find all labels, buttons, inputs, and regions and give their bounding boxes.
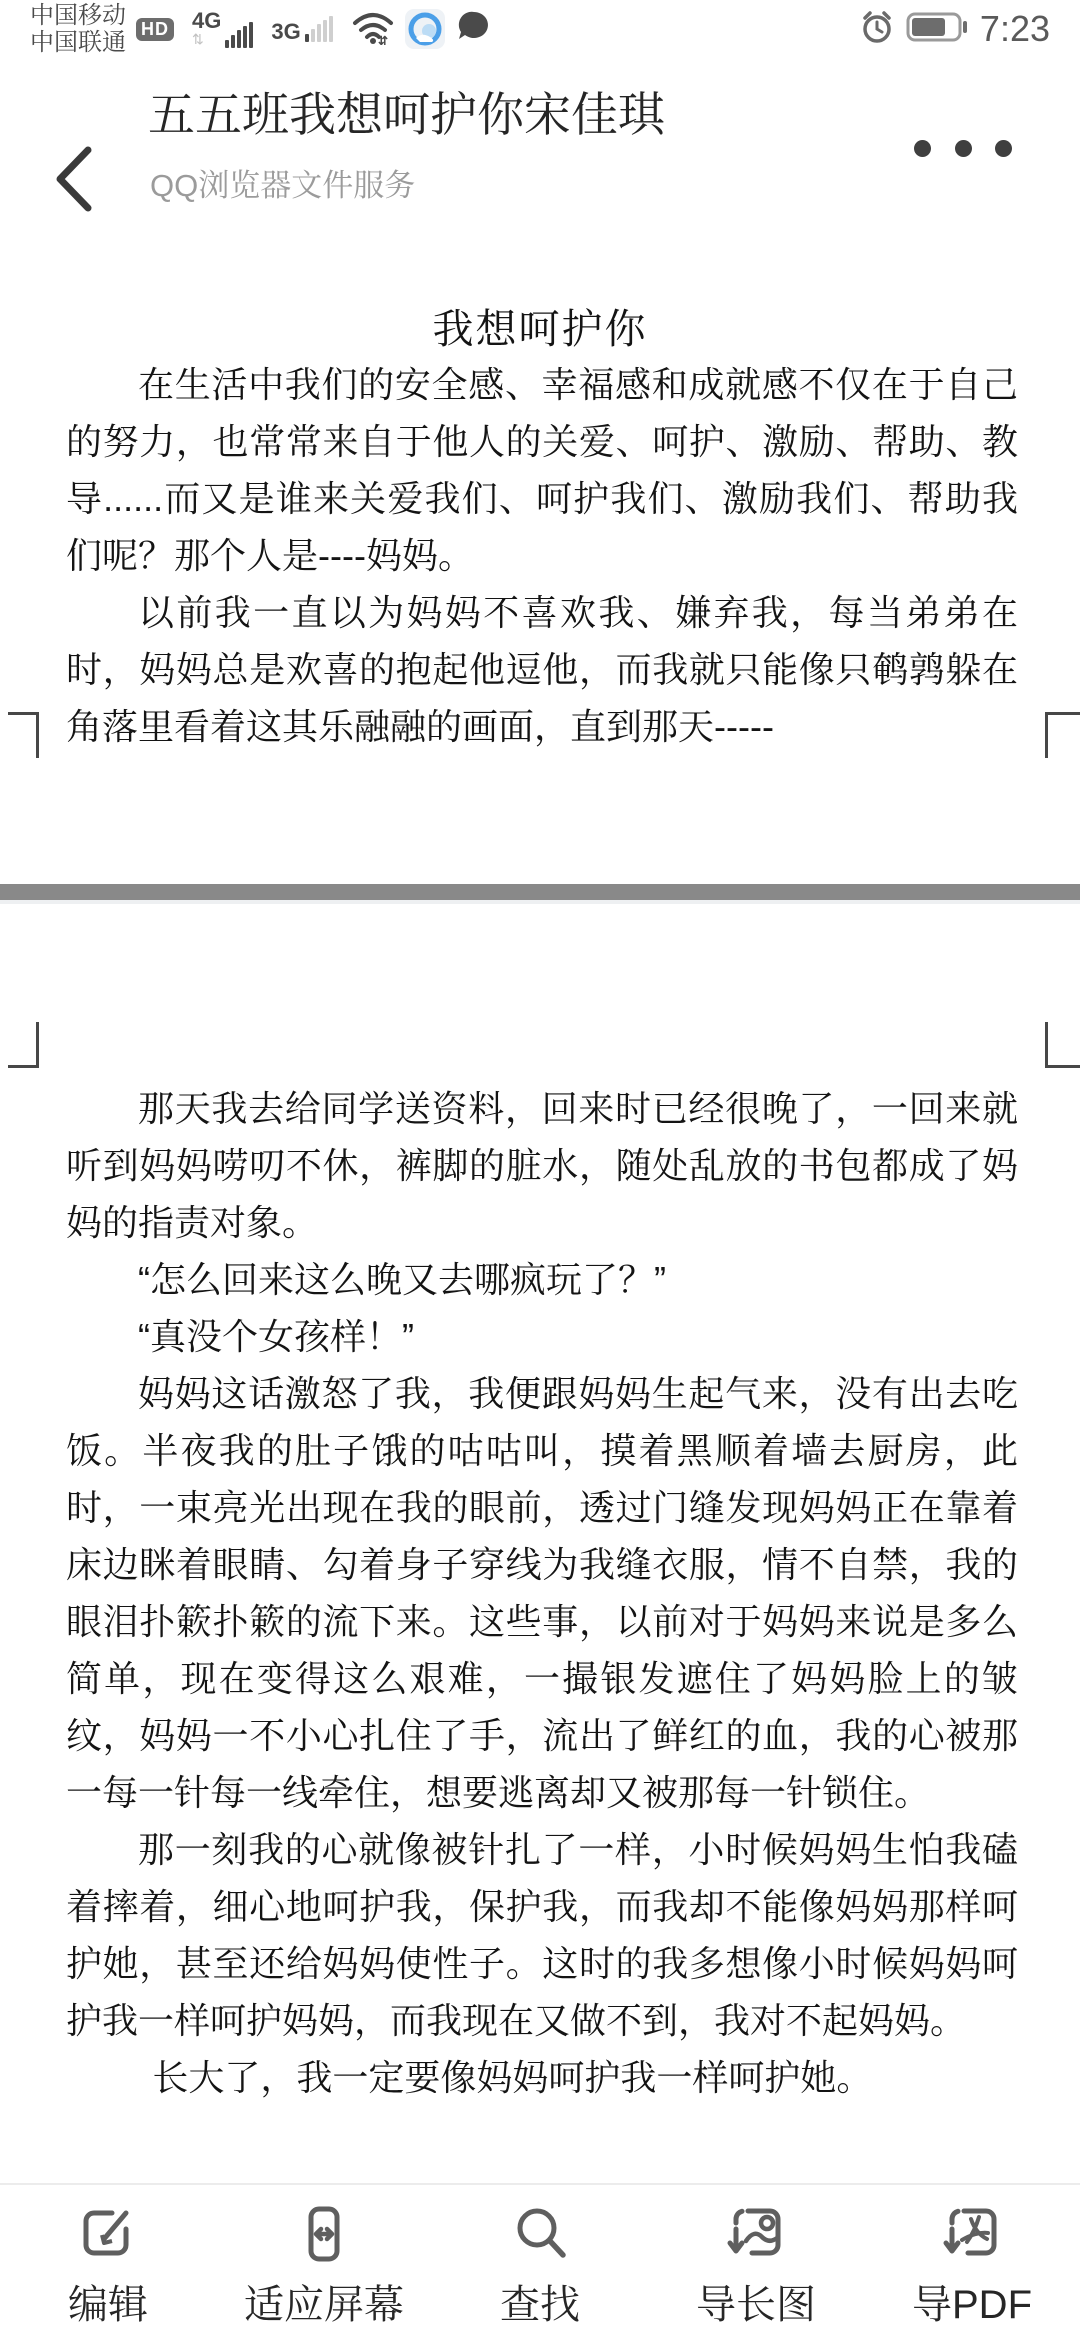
carrier-2: 中国联通 (30, 29, 126, 56)
carrier-names: 中国移动 中国联通 (30, 2, 126, 56)
hd-badge: HD (136, 18, 174, 41)
fit-screen-label: 适应屏幕 (244, 2273, 404, 2330)
more-menu-button[interactable] (908, 118, 1018, 178)
page-break-separator (0, 884, 1080, 900)
page1-corner-right-icon (1045, 712, 1080, 758)
export-pdf-label: 导PDF (912, 2273, 1032, 2330)
dot-icon (995, 140, 1012, 157)
file-title: 五五班我想呵护你宋佳琪 (148, 78, 908, 145)
file-source: QQ浏览器文件服务 (150, 160, 415, 205)
export-pdf-icon (938, 2199, 1006, 2267)
document-viewer[interactable]: 我想呵护你 在生活中我们的安全感、幸福感和成就感不仅在于自己的努力，也常常来自于… (0, 234, 1080, 2183)
signal-bars-4g-icon (225, 22, 253, 48)
svg-text:⇵: ⇵ (378, 34, 388, 45)
paragraph: 长大了，我一定要像妈妈呵护我一样呵护她。 (66, 2049, 1018, 2106)
signal-4g: 4G ⇅ (192, 11, 253, 48)
signal-bars-3g-icon (305, 16, 333, 42)
paragraph: 在生活中我们的安全感、幸福感和成就感不仅在于自己的努力，也常常来自于他人的关爱、… (66, 356, 1018, 584)
status-bar: 中国移动 中国联通 HD 4G ⇅ 3G (0, 0, 1080, 58)
network-type-2: 3G (271, 22, 300, 42)
bottom-toolbar: 编辑 适应屏幕 查找 (0, 2183, 1080, 2340)
export-long-image-label: 导长图 (696, 2273, 816, 2330)
signal-3g: 3G (271, 16, 332, 42)
export-long-image-button[interactable]: 导长图 (648, 2185, 864, 2340)
paragraph: “真没个女孩样！” (66, 1308, 1018, 1365)
dot-icon (914, 140, 931, 157)
edit-icon (74, 2199, 142, 2267)
phone-screen: 中国移动 中国联通 HD 4G ⇅ 3G (0, 0, 1080, 2340)
find-button[interactable]: 查找 (432, 2185, 648, 2340)
dot-icon (955, 140, 972, 157)
fit-screen-icon (290, 2199, 358, 2267)
page1-corner-left-icon (8, 712, 39, 758)
paragraph: 那一刻我的心就像被针扎了一样，小时候妈妈生怕我磕着摔着，细心地呵护我，保护我，而… (66, 1821, 1018, 2049)
export-pdf-button[interactable]: 导PDF (864, 2185, 1080, 2340)
back-button[interactable] (48, 144, 100, 214)
title-bar: 五五班我想呵护你宋佳琪 QQ浏览器文件服务 (0, 58, 1080, 232)
fit-screen-button[interactable]: 适应屏幕 (216, 2185, 432, 2340)
edit-button[interactable]: 编辑 (0, 2185, 216, 2340)
paragraph: 以前我一直以为妈妈不喜欢我、嫌弃我，每当弟弟在时，妈妈总是欢喜的抱起他逗他，而我… (66, 584, 1018, 755)
page2-corner-left-icon (8, 1022, 39, 1068)
search-icon (506, 2199, 574, 2267)
essay-title: 我想呵护你 (0, 296, 1080, 355)
page-1-text: 在生活中我们的安全感、幸福感和成就感不仅在于自己的努力，也常常来自于他人的关爱、… (66, 356, 1018, 755)
carrier-1: 中国移动 (30, 2, 126, 29)
alarm-icon (860, 10, 894, 49)
wifi-icon: ⇵ (351, 9, 395, 50)
paragraph: “怎么回来这么晚又去哪疯玩了？” (66, 1251, 1018, 1308)
edit-label: 编辑 (68, 2273, 148, 2330)
data-activity-icon: ⇅ (192, 31, 221, 48)
clock-time: 7:23 (980, 8, 1050, 50)
page2-corner-right-icon (1045, 1022, 1080, 1068)
page-2-text: 那天我去给同学送资料，回来时已经很晚了，一回来就听到妈妈唠叨不休，裤脚的脏水，随… (66, 1080, 1018, 2106)
export-image-icon (722, 2199, 790, 2267)
paragraph: 那天我去给同学送资料，回来时已经很晚了，一回来就听到妈妈唠叨不休，裤脚的脏水，随… (66, 1080, 1018, 1251)
qq-browser-icon (405, 9, 445, 49)
paragraph: 妈妈这话激怒了我，我便跟妈妈生起气来，没有出去吃饭。半夜我的肚子饿的咕咕叫，摸着… (66, 1365, 1018, 1821)
message-bubble-icon (455, 8, 493, 51)
network-type-1: 4G (192, 11, 221, 31)
battery-icon (906, 11, 968, 48)
find-label: 查找 (500, 2273, 580, 2330)
